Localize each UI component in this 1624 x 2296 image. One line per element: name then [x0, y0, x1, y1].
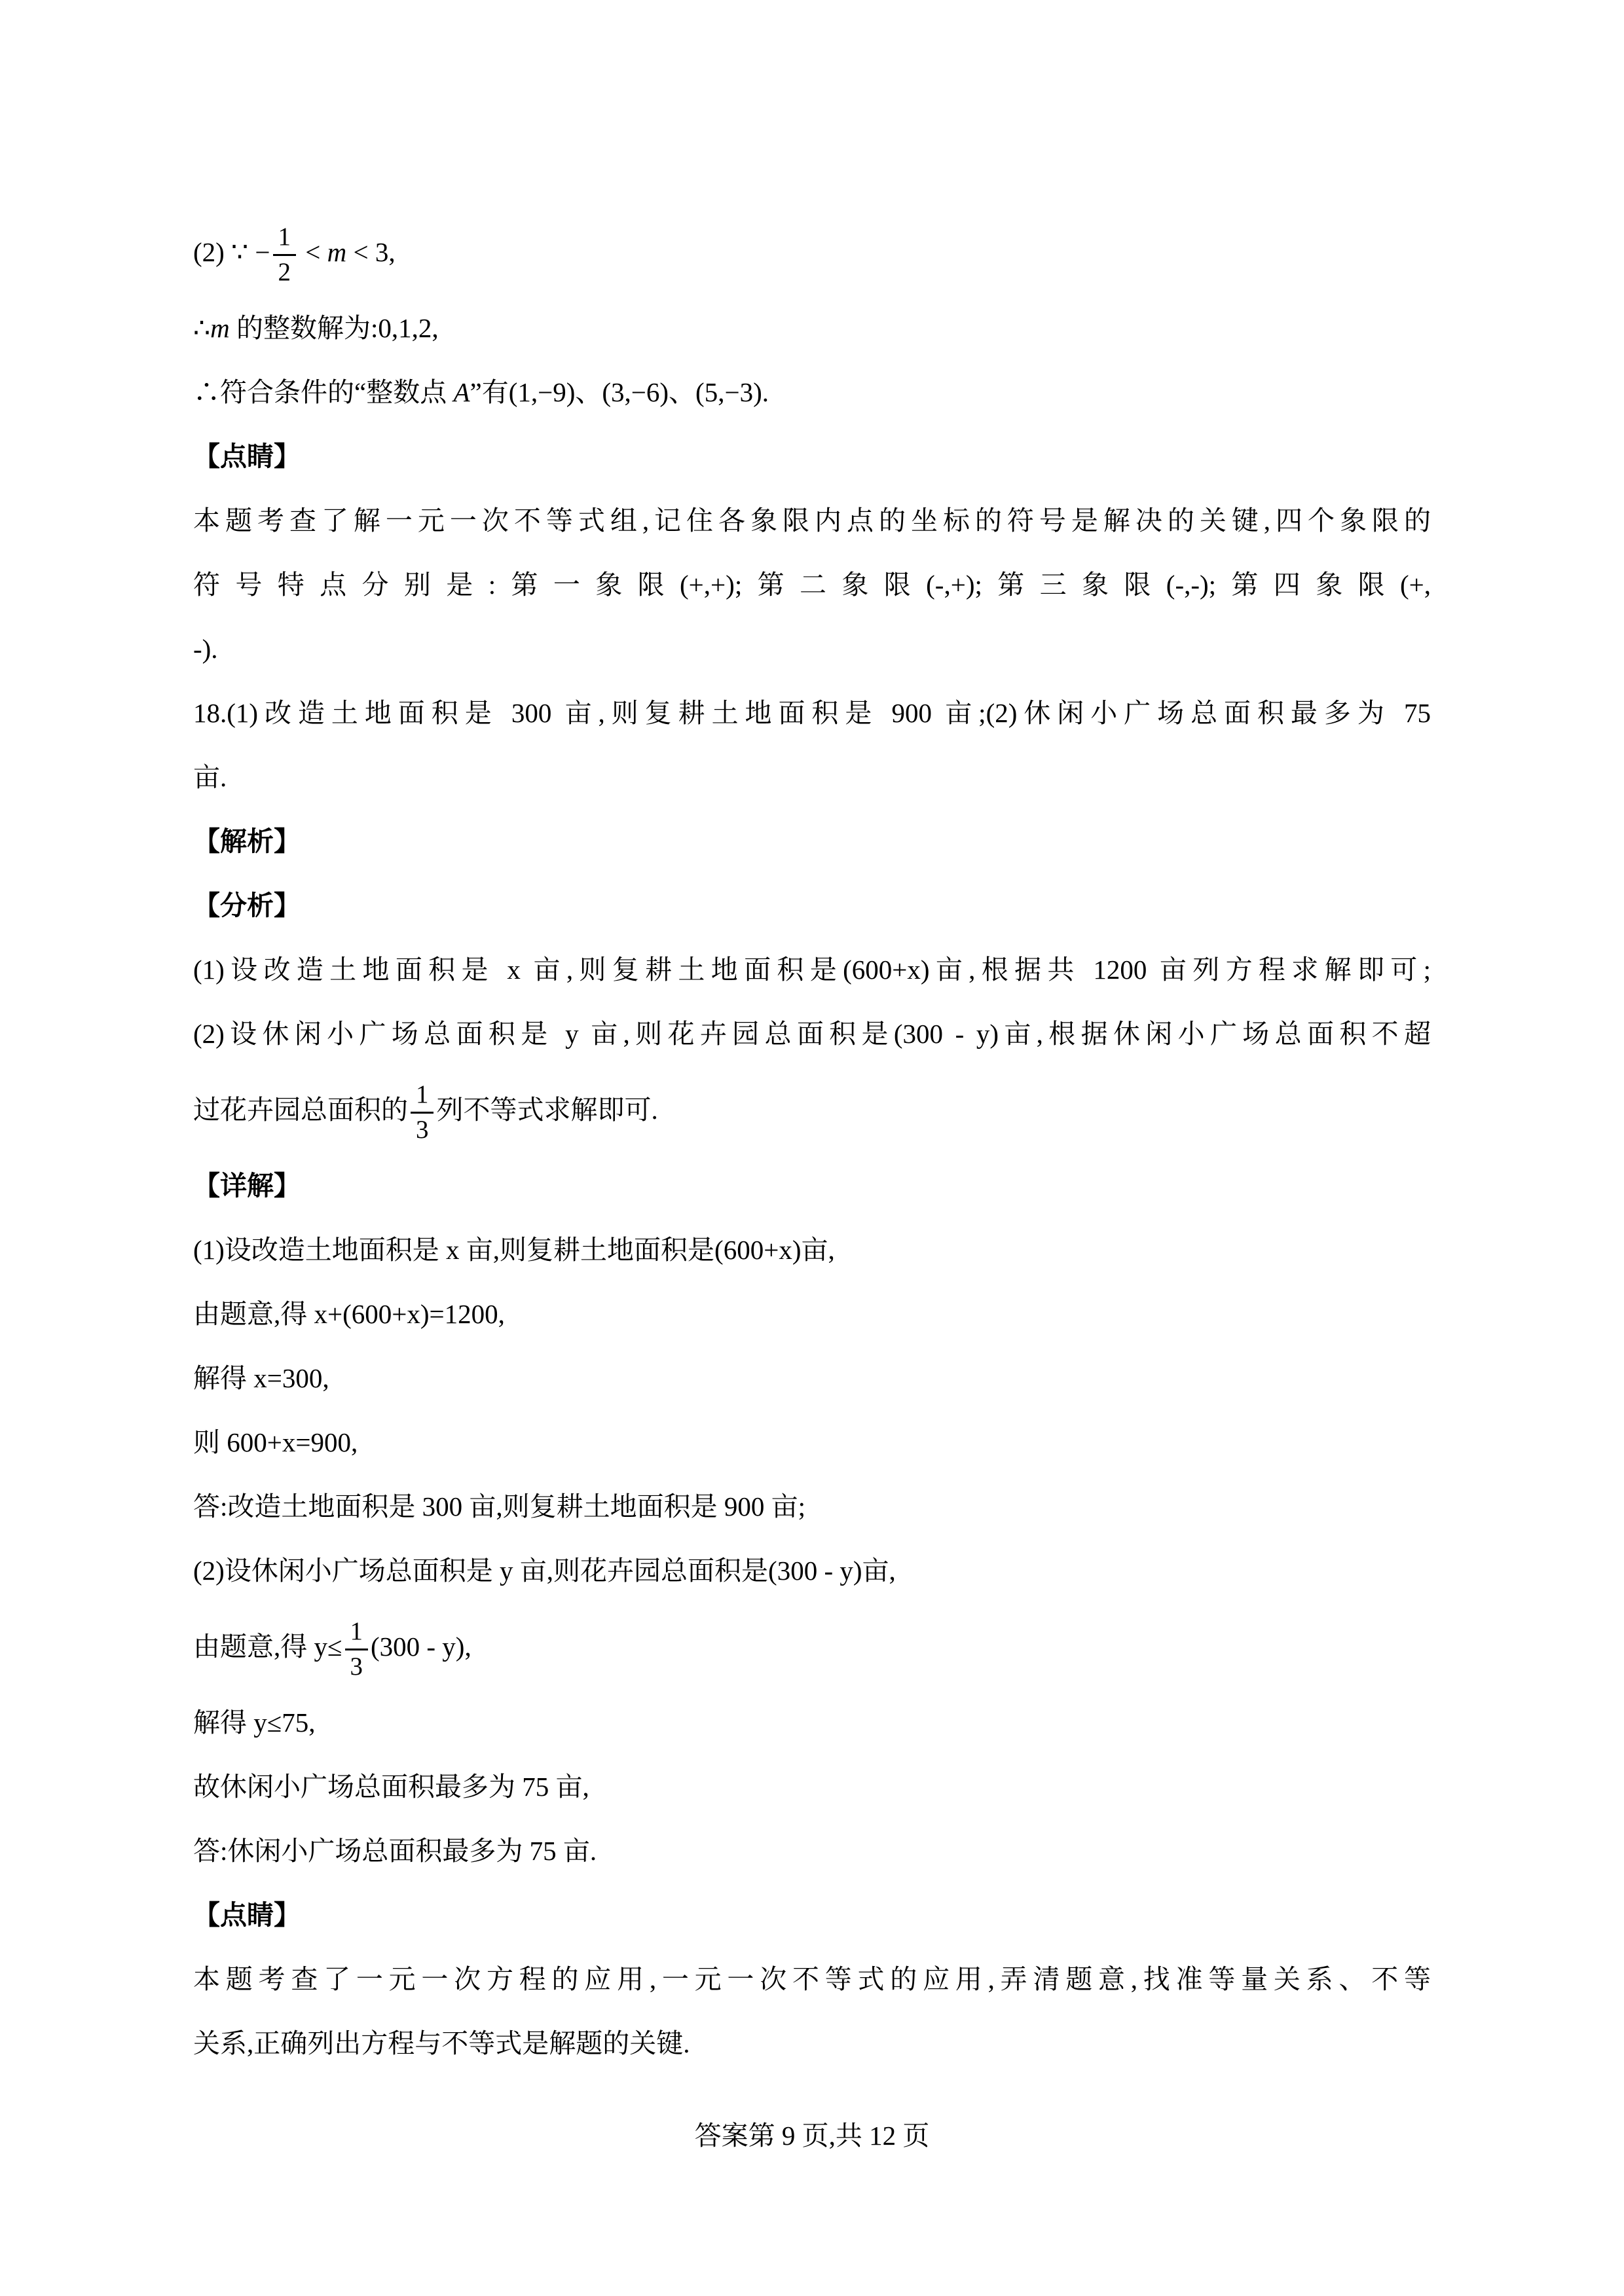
fraction-numerator: 1: [411, 1080, 434, 1114]
fraction-numerator: 1: [345, 1617, 368, 1650]
solution-line-3: 解得 x=300,: [193, 1346, 1431, 1410]
text: 由题意,得 y≤: [193, 1631, 342, 1662]
fraction: 12: [273, 223, 296, 287]
answer-18-line-2: 亩.: [193, 745, 1431, 809]
solution-line-10-answer-2: 答:休闲小广场总面积最多为 75 亩.: [193, 1819, 1431, 1883]
fraction-denominator: 3: [411, 1114, 434, 1145]
section-header-dianjing-2: 【点睛】: [193, 1883, 1431, 1947]
solution-line-2: 由题意,得 x+(600+x)=1200,: [193, 1282, 1431, 1346]
formula-text: <: [299, 237, 327, 267]
remark-paragraph-line-2: 符号特点分别是:第一象限(+,+);第二象限(-,+);第三象限(-,-);第四…: [193, 553, 1431, 617]
math-var-a: A: [453, 377, 470, 407]
analysis-line-2: (2)设休闲小广场总面积是 y 亩,则花卉园总面积是(300 - y)亩,根据休…: [193, 1002, 1431, 1066]
fraction-numerator: 1: [273, 223, 296, 256]
formula-text: (2) ∵ −: [193, 237, 270, 267]
page-footer: 答案第 9 页,共 12 页: [193, 2109, 1431, 2162]
math-var-m: m: [327, 237, 347, 267]
solution-line-4: 则 600+x=900,: [193, 1410, 1431, 1474]
formula-line-inequality: (2) ∵ −12 < m < 3,: [193, 208, 1431, 296]
text: 列不等式求解即可.: [436, 1095, 657, 1125]
answer-18-line-1: 18.(1)改造土地面积是 300 亩,则复耕土地面积是 900 亩;(2)休闲…: [193, 681, 1431, 745]
answer-sheet-page: (2) ∵ −12 < m < 3, ∴m 的整数解为:0,1,2, ∴符合条件…: [0, 0, 1624, 2296]
remark-paragraph-line-3: -).: [193, 617, 1431, 681]
solution-line-8: 解得 y≤75,: [193, 1690, 1431, 1755]
math-var-m: m: [210, 313, 230, 343]
solution-line-7-with-fraction: 由题意,得 y≤13(300 - y),: [193, 1603, 1431, 1690]
final-remark-line-2: 关系,正确列出方程与不等式是解题的关键.: [193, 2011, 1431, 2075]
solution-line-9: 故休闲小广场总面积最多为 75 亩,: [193, 1755, 1431, 1819]
text: ∴符合条件的“整数点: [193, 377, 453, 407]
solution-line-5-answer-1: 答:改造土地面积是 300 亩,则复耕土地面积是 900 亩;: [193, 1474, 1431, 1539]
remark-paragraph-line-1: 本题考查了解一元一次不等式组,记住各象限内点的坐标的符号是解决的关键,四个象限的: [193, 488, 1431, 553]
text: 过花卉园总面积的: [193, 1095, 408, 1125]
analysis-line-1: (1)设改造土地面积是 x 亩,则复耕土地面积是(600+x)亩,根据共 120…: [193, 938, 1431, 1002]
fraction-denominator: 3: [345, 1650, 368, 1682]
text-line-integer-solutions: ∴m 的整数解为:0,1,2,: [193, 296, 1431, 360]
fraction-denominator: 2: [273, 256, 296, 287]
analysis-line-3-with-fraction: 过花卉园总面积的13列不等式求解即可.: [193, 1066, 1431, 1154]
text: ”有(1,−9)、(3,−6)、(5,−3).: [470, 377, 769, 407]
section-header-fenxi: 【分析】: [193, 873, 1431, 938]
formula-text: < 3,: [346, 237, 395, 267]
text: (300 - y),: [371, 1631, 471, 1662]
solution-line-6: (2)设休闲小广场总面积是 y 亩,则花卉园总面积是(300 - y)亩,: [193, 1539, 1431, 1603]
text: 的整数解为:0,1,2,: [230, 313, 439, 343]
section-header-dianjing-1: 【点睛】: [193, 424, 1431, 488]
fraction: 13: [411, 1080, 434, 1145]
solution-line-1: (1)设改造土地面积是 x 亩,则复耕土地面积是(600+x)亩,: [193, 1218, 1431, 1282]
section-header-xiangjie: 【详解】: [193, 1154, 1431, 1218]
text: ∴: [193, 313, 210, 343]
text-line-integer-points: ∴符合条件的“整数点 A”有(1,−9)、(3,−6)、(5,−3).: [193, 360, 1431, 424]
fraction: 13: [345, 1617, 368, 1682]
final-remark-line-1: 本题考查了一元一次方程的应用,一元一次不等式的应用,弄清题意,找准等量关系、不等: [193, 1947, 1431, 2011]
section-header-jiexi: 【解析】: [193, 809, 1431, 873]
